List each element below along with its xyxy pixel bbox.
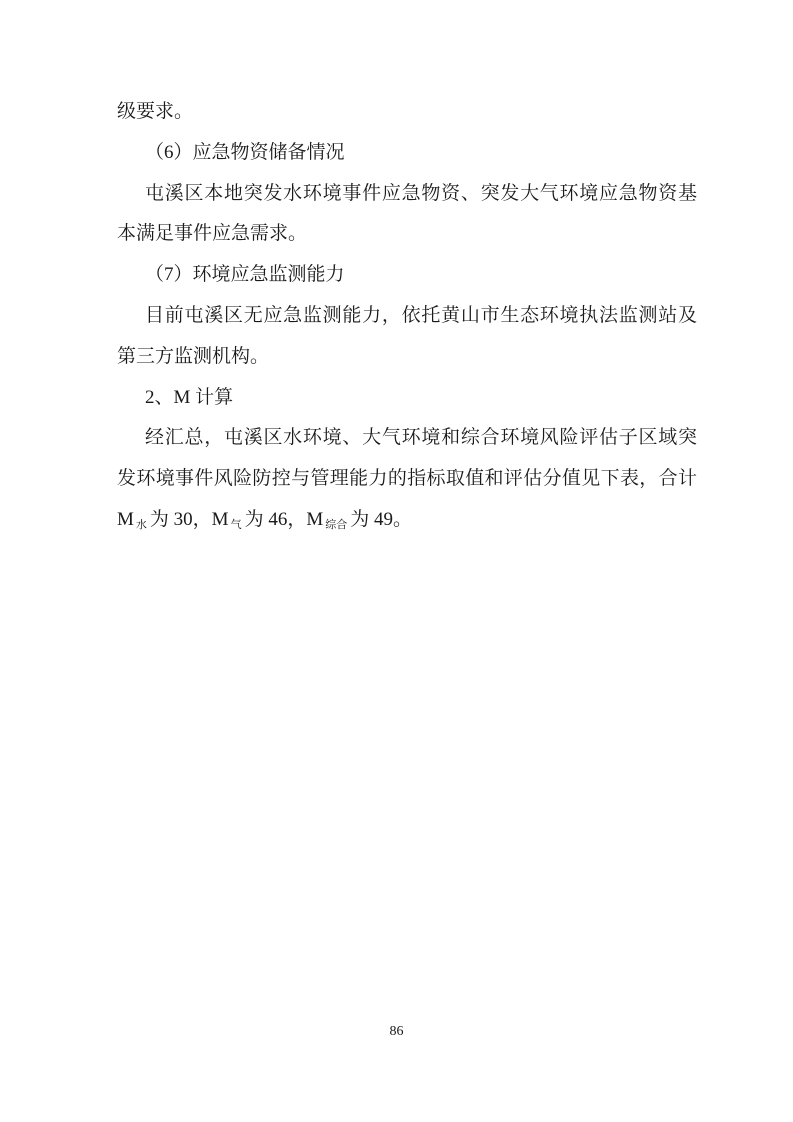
para-m-values: M水为 30，M气为 46，M综合为 49。: [117, 500, 697, 541]
para-monitoring-line-1: 目前屯溪区无应急监测能力，依托黄山市生态环境执法监测站及: [117, 296, 697, 337]
para-m-summary-line-1: 经汇总，屯溪区水环境、大气环境和综合环境风险评估子区域突: [117, 418, 697, 459]
m-comprehensive-subscript: 综合: [325, 519, 347, 531]
document-page: 级要求。 （6）应急物资储备情况 屯溪区本地突发水环境事件应急物资、突发大气环境…: [0, 0, 793, 1122]
m-air-subscript: 气: [231, 519, 242, 531]
para-monitoring-line-2: 第三方监测机构。: [117, 337, 697, 378]
page-number: 86: [0, 1022, 793, 1042]
m-water-value: 为 30，: [150, 509, 212, 530]
para-supplies-line-1: 屯溪区本地突发水环境事件应急物资、突发大气环境应急物资基: [117, 174, 697, 215]
line-continuation-grade-requirement: 级要求。: [117, 92, 697, 133]
heading-emergency-monitoring: （7）环境应急监测能力: [117, 255, 697, 296]
m-air-symbol: M: [212, 509, 229, 530]
m-water-subscript: 水: [136, 519, 147, 531]
heading-emergency-supplies: （6）应急物资储备情况: [117, 133, 697, 174]
heading-m-calculation: 2、M 计算: [117, 378, 697, 419]
para-m-summary-line-2: 发环境事件风险防控与管理能力的指标取值和评估分值见下表，合计: [117, 459, 697, 500]
para-supplies-line-2: 本满足事件应急需求。: [117, 214, 697, 255]
document-body: 级要求。 （6）应急物资储备情况 屯溪区本地突发水环境事件应急物资、突发大气环境…: [117, 92, 697, 541]
m-comprehensive-value: 为 49。: [350, 509, 412, 530]
m-air-value: 为 46，: [245, 509, 307, 530]
m-comprehensive-symbol: M: [306, 509, 323, 530]
m-water-symbol: M: [117, 509, 134, 530]
